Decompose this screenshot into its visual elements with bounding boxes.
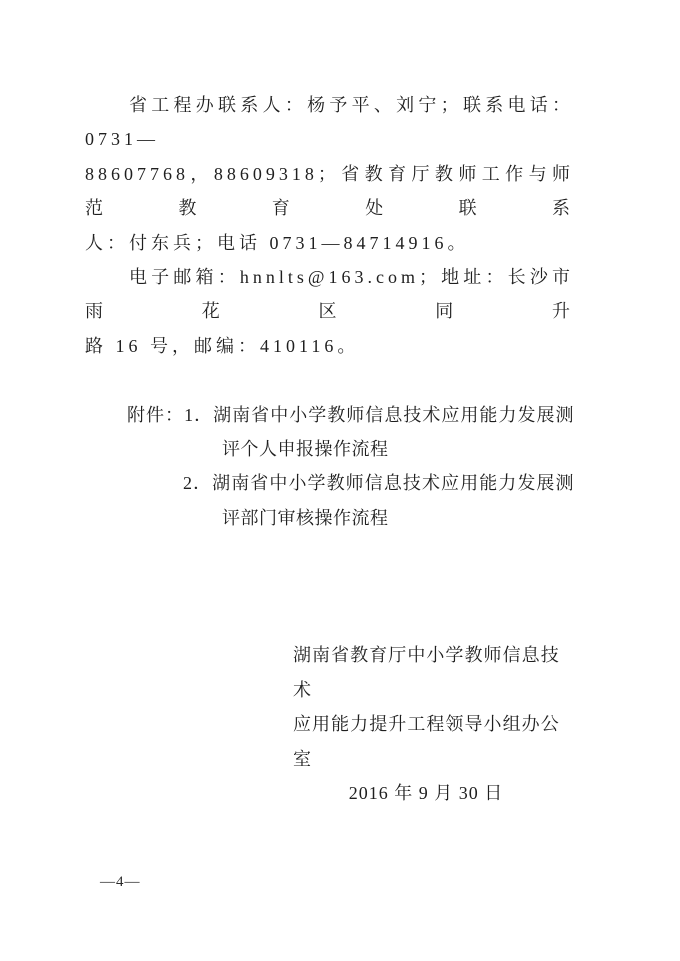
- attachment-item-2-line-1: 2．湖南省中小学教师信息技术应用能力发展测: [85, 466, 574, 500]
- blank-line: [85, 363, 574, 397]
- email-address-line-2: 路 16 号，邮编：410116。: [85, 329, 574, 363]
- signature-block: 湖南省教育厅中小学教师信息技术 应用能力提升工程领导小组办公室 2016 年 9…: [293, 638, 559, 810]
- signature-date: 2016 年 9 月 30 日: [293, 776, 559, 810]
- attachment-item-1-line-2: 评个人申报操作流程: [85, 432, 574, 466]
- contact-paragraph-line-2: 88607768，88609318；省教育厅教师工作与师范教育处联系: [85, 157, 574, 226]
- document-body: 省工程办联系人：杨予平、刘宁；联系电话：0731— 88607768，88609…: [85, 88, 574, 810]
- email-address-line-1: 电子邮箱：hnnlts@163.com；地址：长沙市雨花区同升: [85, 260, 574, 329]
- document-page: 省工程办联系人：杨予平、刘宁；联系电话：0731— 88607768，88609…: [0, 0, 680, 961]
- attachment-item-1-title-start: 湖南省中小学教师信息技术应用能力发展测: [213, 405, 574, 425]
- contact-paragraph-line-3: 人：付东兵；电话 0731—84714916。: [85, 226, 574, 260]
- page-number: —4—: [100, 874, 141, 891]
- attachment-item-1-number: 1．: [184, 405, 213, 425]
- attachment-label: 附件：: [127, 405, 184, 425]
- signature-org-line-2: 应用能力提升工程领导小组办公室: [293, 707, 559, 776]
- attachment-item-2-number: 2．: [183, 473, 212, 493]
- contact-paragraph-line-1: 省工程办联系人：杨予平、刘宁；联系电话：0731—: [85, 88, 574, 157]
- blank-lines: [85, 535, 574, 638]
- attachment-item-2-line-2: 评部门审核操作流程: [85, 501, 574, 535]
- attachment-item-1-line-1: 附件：1．湖南省中小学教师信息技术应用能力发展测: [85, 398, 574, 432]
- signature-org-line-1: 湖南省教育厅中小学教师信息技术: [293, 638, 559, 707]
- attachment-item-2-title-start: 湖南省中小学教师信息技术应用能力发展测: [212, 473, 574, 493]
